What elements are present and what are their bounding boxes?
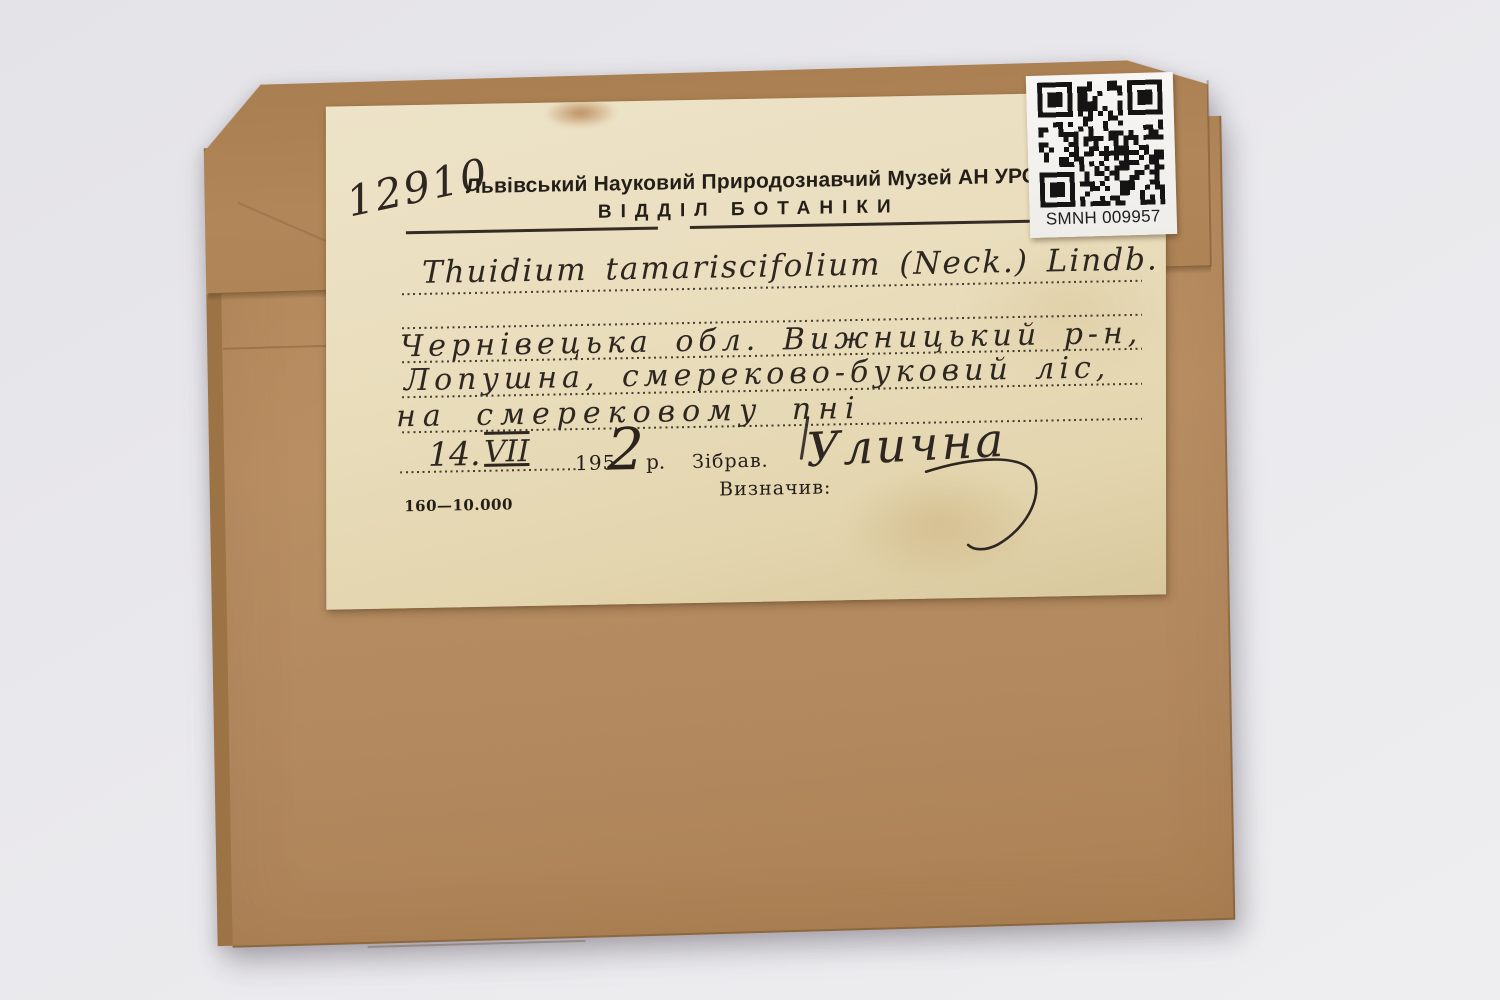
qr-code-icon [1037,79,1165,207]
year-handwritten-digit: 2 [607,415,644,484]
printed-rule-line [406,227,658,235]
collected-by-label: Зібрав. [692,450,769,473]
qr-sticker: SMNH 009957 [1026,72,1177,238]
print-run-code: 160—10.000 [404,495,513,515]
year-suffix: р. [646,449,665,473]
institution-header: Львівський Науковий Природознавчий Музей… [466,164,1051,199]
specimen-barcode-text: SMNH 009957 [1030,206,1178,230]
printed-rule-line [690,220,1030,229]
department-header: ВІДДІЛ БОТАНІКИ [598,196,900,224]
rust-stain [544,97,618,128]
photo-stage: 12910 Львівський Науковий Природознавчий… [0,0,1500,1000]
signature-flourish [924,439,1049,556]
date-day: 14. [428,434,481,474]
date-month-roman: VII [484,434,529,470]
determined-by-label: Визначив: [719,476,831,500]
